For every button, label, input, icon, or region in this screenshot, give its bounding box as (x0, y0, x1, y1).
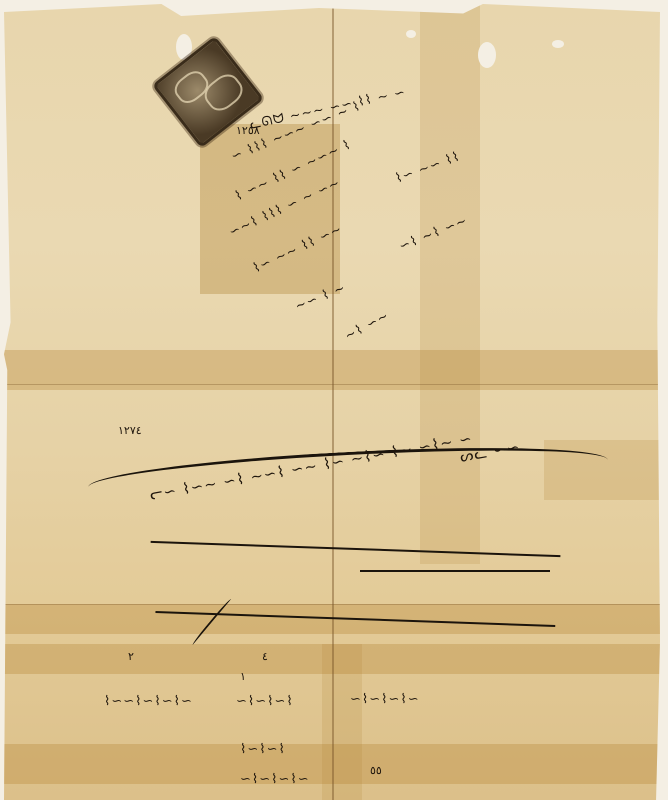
ledger-entry: ⌇∽∽⌇∽⌇∽⌇∽ (104, 694, 193, 709)
fold-line (4, 384, 660, 385)
ledger-label: ٥٥ (370, 764, 382, 777)
ledger-label: ٢ (128, 650, 134, 663)
ledger-entry: ∽⌇∽⌇∽⌇∽ (350, 692, 420, 707)
fold-line (4, 604, 660, 605)
paper-hole (406, 30, 416, 38)
ledger-label: ١ (240, 670, 246, 683)
ledger-entry: ∽⌇∽⌇∽⌇∽ (240, 772, 310, 787)
date-numeral: ١٢٧٤ (118, 424, 142, 437)
paper-hole (552, 40, 564, 48)
tape-stain (322, 644, 362, 800)
ledger-entry: ⌇∽⌇∽⌇ (240, 742, 286, 757)
ledger-entry: ∽⌇∽⌇∽⌇ (236, 694, 294, 709)
paper-hole (478, 42, 496, 68)
ledger-stroke (360, 570, 550, 592)
ledger-label: ٤ (262, 650, 268, 663)
